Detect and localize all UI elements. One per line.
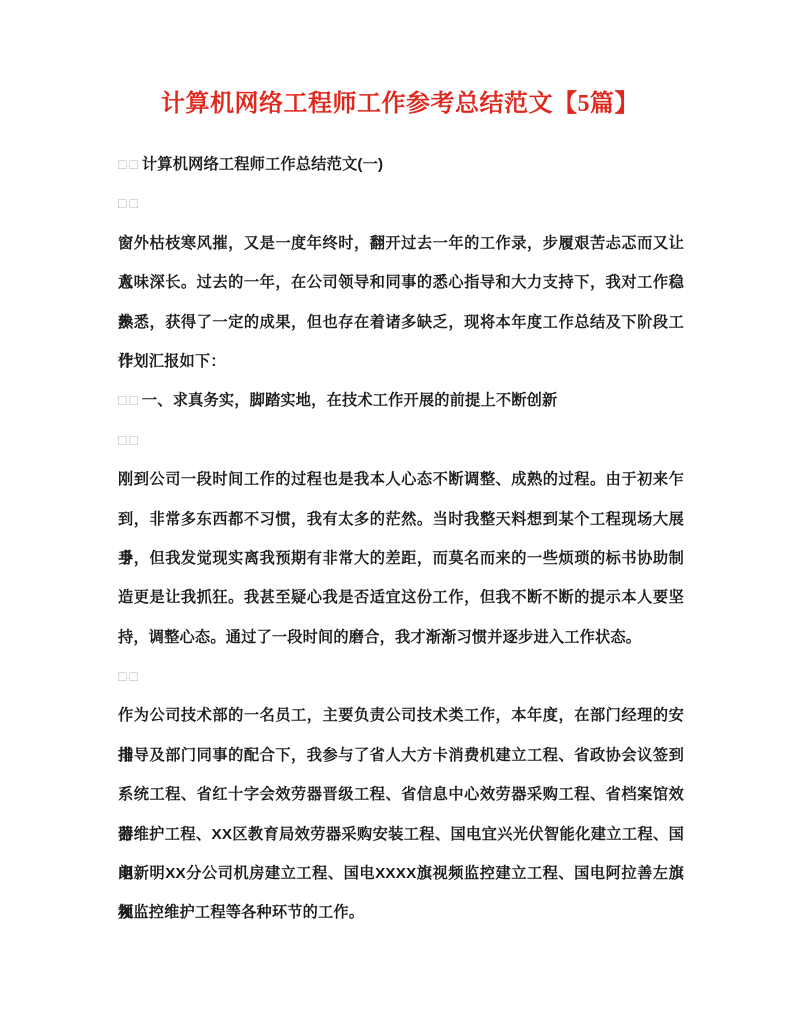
- doc-line: 到，非常多东西都不习惯，我有太多的茫然。当时我整天料想到某个工程现场大展身: [118, 500, 684, 539]
- missing-glyph-squares: □□: [118, 156, 141, 172]
- doc-line: 频监控维护工程等各种环节的工作。: [118, 893, 684, 932]
- doc-line: □□一、求真务实，脚踏实地，在技术工作开展的前提上不断创新: [118, 381, 684, 420]
- document-body: □□计算机网络工程师工作总结范文(一)□□窗外枯枝寒风摧，又是一度年终时，翻开过…: [0, 145, 684, 933]
- doc-line: 熟悉，获得了一定的成果，但也存在着诸多缺乏，现将本年度工作总结及下阶段工作: [118, 303, 684, 342]
- doc-line: 意味深长。过去的一年，在公司领导和同事的悉心指导和大力支持下，我对工作稳步: [118, 263, 684, 302]
- line-text: 手，但我发觉现实离我预期有非常大的差距，而莫名而来的一些烦琐的标书协助制: [118, 550, 684, 567]
- doc-line: 计划汇报如下：: [118, 342, 684, 381]
- document-title: 计算机网络工程师工作参考总结范文【5篇】: [0, 0, 800, 124]
- missing-glyph-squares: □□: [118, 432, 141, 448]
- doc-line: □□计算机网络工程师工作总结范文(一): [118, 145, 684, 184]
- line-text: 造更是让我抓狂。我甚至疑心我是否适宜这份工作，但我不断不断的提示本人要坚: [118, 589, 684, 606]
- doc-line: 窗外枯枝寒风摧，又是一度年终时，翻开过去一年的工作录，步履艰苦忐忑而又让人: [118, 224, 684, 263]
- missing-glyph-squares: □□: [118, 668, 141, 684]
- line-text: 计划汇报如下：: [118, 353, 226, 370]
- doc-line: 手，但我发觉现实离我预期有非常大的差距，而莫名而来的一些烦琐的标书协助制: [118, 539, 684, 578]
- line-text: 持，调整心态。通过了一段时间的磨合，我才渐渐习惯并逐步进入工作状态。: [118, 629, 641, 646]
- doc-line: 造更是让我抓狂。我甚至疑心我是否适宜这份工作，但我不断不断的提示本人要坚: [118, 578, 684, 617]
- line-text: 指导及部门同事的配合下，我参与了省人大方卡消费机建立工程、省政协会议签到: [118, 747, 684, 764]
- doc-line: 作为公司技术部的一名员工，主要负责公司技术类工作，本年度，在部门经理的安排: [118, 696, 684, 735]
- missing-glyph-squares: □□: [118, 392, 141, 408]
- doc-line: 朗新明XX分公司机房建立工程、国电XXXX旗视频监控建立工程、国电阿拉善左旗视: [118, 854, 684, 893]
- document-page: 计算机网络工程师工作参考总结范文【5篇】 □□计算机网络工程师工作总结范文(一)…: [0, 0, 800, 1036]
- doc-line: □□: [118, 657, 684, 696]
- line-text: 频监控维护工程等各种环节的工作。: [118, 904, 364, 921]
- doc-line: □□: [118, 421, 684, 460]
- doc-line: 器维护工程、XX区教育局效劳器采购安装工程、国电宜兴光伏智能化建立工程、国电: [118, 815, 684, 854]
- doc-line: 持，调整心态。通过了一段时间的磨合，我才渐渐习惯并逐步进入工作状态。: [118, 618, 684, 657]
- missing-glyph-squares: □□: [118, 195, 141, 211]
- line-text: 计算机网络工程师工作总结范文(一): [142, 156, 383, 173]
- line-text: 一、求真务实，脚踏实地，在技术工作开展的前提上不断创新: [142, 392, 557, 409]
- line-text: 刚到公司一段时间工作的过程也是我本人心态不断调整、成熟的过程。由于初来乍: [118, 471, 684, 488]
- doc-line: □□: [118, 184, 684, 223]
- doc-line: 指导及部门同事的配合下，我参与了省人大方卡消费机建立工程、省政协会议签到: [118, 736, 684, 775]
- doc-line: 系统工程、省红十字会效劳器晋级工程、省信息中心效劳器采购工程、省档案馆效劳: [118, 775, 684, 814]
- doc-line: 刚到公司一段时间工作的过程也是我本人心态不断调整、成熟的过程。由于初来乍: [118, 460, 684, 499]
